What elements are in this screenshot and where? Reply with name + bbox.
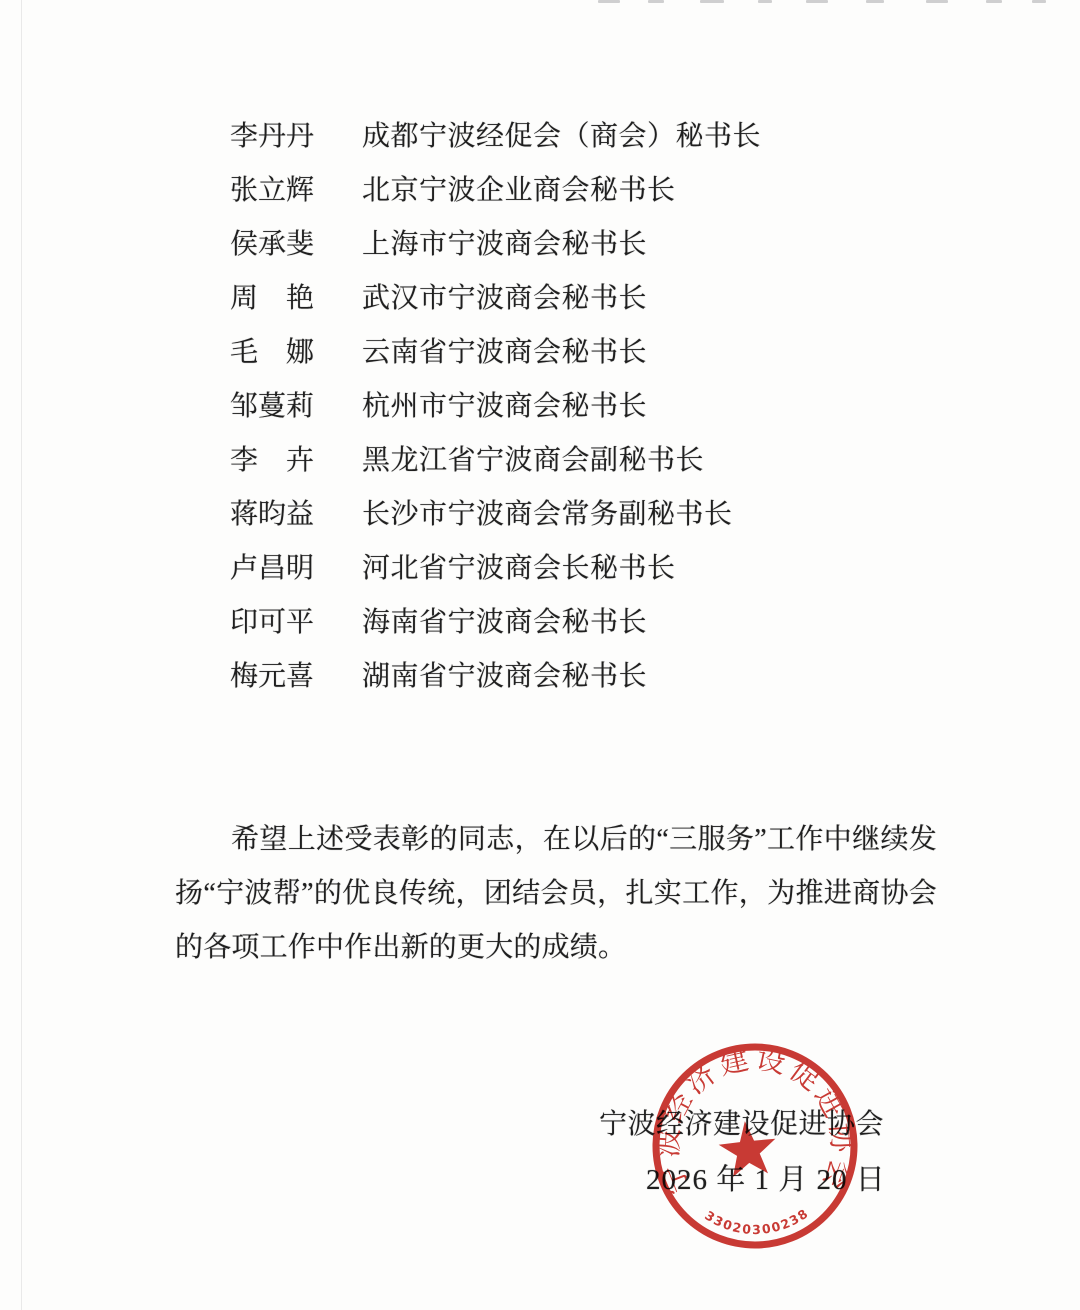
seal-star-icon [717, 1118, 779, 1178]
recipient-row: 侯承斐 上海市宁波商会秘书长 [230, 215, 930, 269]
recipient-name: 李 卉 [230, 438, 362, 478]
recipient-title: 北京宁波企业商会秘书长 [362, 168, 676, 208]
scan-edge-line [21, 0, 22, 1310]
recipient-title: 杭州市宁波商会秘书长 [362, 384, 647, 424]
seal-ring-text: 宁波经济建设促进协会 [651, 1042, 859, 1199]
recipient-name: 张立辉 [230, 168, 362, 208]
recipient-title: 海南省宁波商会秘书长 [362, 600, 647, 640]
recipient-row: 毛 娜 云南省宁波商会秘书长 [230, 323, 930, 377]
recipient-name: 卢昌明 [230, 546, 362, 586]
recipient-row: 蒋昀益 长沙市宁波商会常务副秘书长 [230, 485, 930, 539]
recipient-row: 李丹丹 成都宁波经促会（商会）秘书长 [230, 107, 930, 161]
recipient-row: 卢昌明 河北省宁波商会长秘书长 [230, 539, 930, 593]
recipient-title: 成都宁波经促会（商会）秘书长 [362, 114, 761, 154]
recipient-title: 武汉市宁波商会秘书长 [362, 276, 647, 316]
seal-ring-text-label: 宁波经济建设促进协会 [651, 1042, 859, 1199]
recipient-name: 毛 娜 [230, 330, 362, 370]
closing-paragraph: 希望上述受表彰的同志，在以后的“三服务”工作中继续发扬“宁波帮”的优良传统，团结… [175, 813, 937, 975]
recipient-row: 张立辉 北京宁波企业商会秘书长 [230, 161, 930, 215]
recipient-title: 河北省宁波商会长秘书长 [362, 546, 676, 586]
recipient-name: 蒋昀益 [230, 492, 362, 532]
recipient-name: 梅元喜 [230, 654, 362, 694]
recipient-row: 周 艳 武汉市宁波商会秘书长 [230, 269, 930, 323]
recipient-name: 邹蔓莉 [230, 384, 362, 424]
recipient-title: 长沙市宁波商会常务副秘书长 [362, 492, 733, 532]
recipient-row: 印可平 海南省宁波商会秘书长 [230, 593, 930, 647]
recipient-name: 李丹丹 [230, 114, 362, 154]
recipient-row: 李 卉 黑龙江省宁波商会副秘书长 [230, 431, 930, 485]
official-seal: 宁波经济建设促进协会 3302030023806 [640, 1038, 870, 1258]
scan-artifact-marks [0, 0, 1080, 5]
recipient-title: 云南省宁波商会秘书长 [362, 330, 647, 370]
recipient-name: 侯承斐 [230, 222, 362, 262]
recipient-row: 梅元喜 湖南省宁波商会秘书长 [230, 647, 930, 701]
recipient-row: 邹蔓莉 杭州市宁波商会秘书长 [230, 377, 930, 431]
recipient-title: 黑龙江省宁波商会副秘书长 [362, 438, 704, 478]
document-page: 李丹丹 成都宁波经促会（商会）秘书长 张立辉 北京宁波企业商会秘书长 侯承斐 上… [0, 0, 1080, 1310]
recipient-title: 上海市宁波商会秘书长 [362, 222, 647, 262]
recipient-name: 印可平 [230, 600, 362, 640]
recipient-list: 李丹丹 成都宁波经促会（商会）秘书长 张立辉 北京宁波企业商会秘书长 侯承斐 上… [230, 107, 930, 701]
recipient-name: 周 艳 [230, 276, 362, 316]
recipient-title: 湖南省宁波商会秘书长 [362, 654, 647, 694]
